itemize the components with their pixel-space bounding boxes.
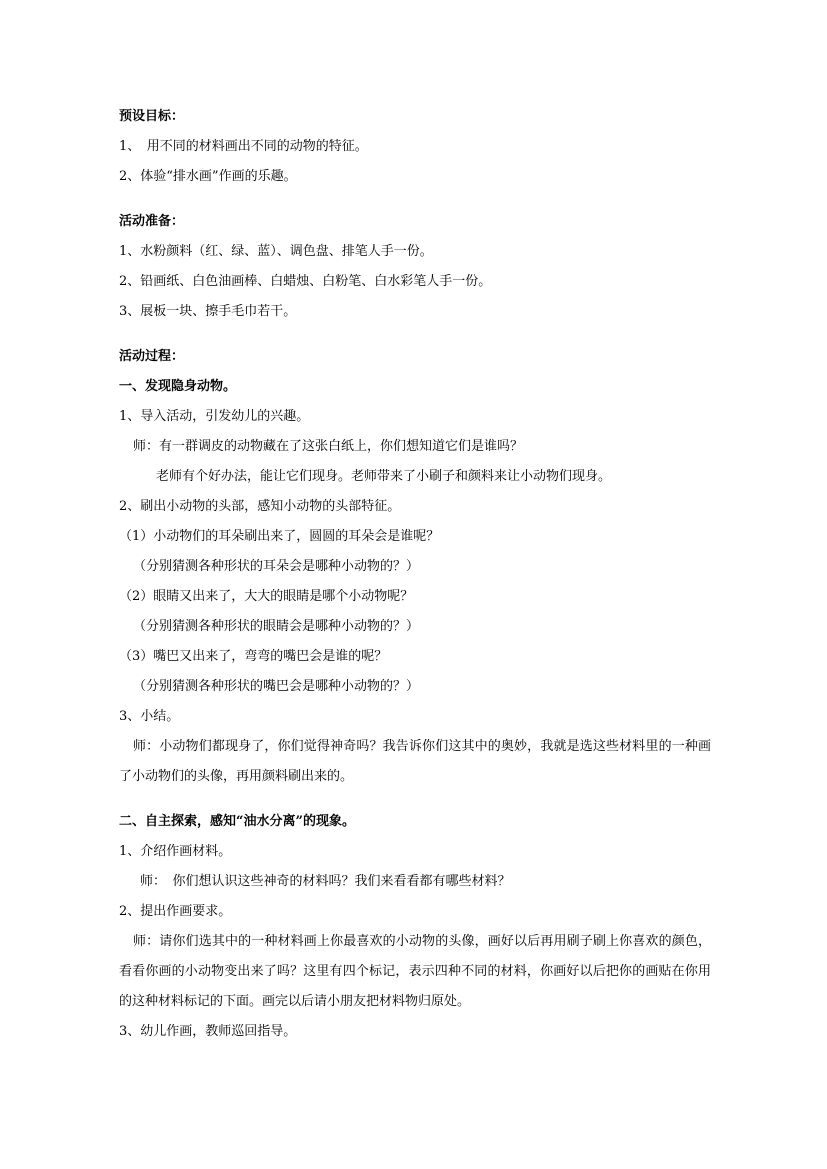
document-body: 预设目标：1、 用不同的材料画出不同的动物的特征。2、体验“排水画”作画的乐趣。…	[119, 102, 711, 1047]
body-paragraph: 2、铅画纸、白色油画棒、白蜡烛、白粉笔、白水彩笔人手一份。	[119, 267, 711, 297]
heading-paragraph: 活动过程：	[119, 342, 711, 372]
body-paragraph: 3、幼儿作画，教师巡回指导。	[119, 1017, 711, 1047]
body-paragraph: 1、导入活动，引发幼儿的兴趣。	[119, 402, 711, 432]
body-paragraph: （分别猜测各种形状的眼睛会是哪种小动物的？）	[119, 612, 711, 642]
body-paragraph: 老师有个好办法，能让它们现身。老师带来了小刷子和颜料来让小动物们现身。	[119, 462, 711, 492]
body-paragraph: 1、水粉颜料（红、绿、蓝）、调色盘、排笔人手一份。	[119, 237, 711, 267]
body-paragraph: （1）小动物们的耳朵刷出来了，圆圆的耳朵会是谁呢？	[119, 522, 711, 552]
body-paragraph: 1、 用不同的材料画出不同的动物的特征。	[119, 132, 711, 162]
body-paragraph: 师：有一群调皮的动物藏在了这张白纸上，你们想知道它们是谁吗？	[119, 432, 711, 462]
body-paragraph: 3、展板一块、擦手毛巾若干。	[119, 297, 711, 327]
document-page: 预设目标：1、 用不同的材料画出不同的动物的特征。2、体验“排水画”作画的乐趣。…	[0, 0, 827, 1169]
body-paragraph: 1、介绍作画材料。	[119, 837, 711, 867]
body-paragraph: 师：小动物们都现身了，你们觉得神奇吗？我告诉你们这其中的奥妙，我就是选这些材料里…	[119, 732, 711, 792]
body-paragraph: （2）眼睛又出来了，大大的眼睛是哪个小动物呢？	[119, 582, 711, 612]
heading-paragraph: 活动准备：	[119, 207, 711, 237]
body-paragraph: （分别猜测各种形状的嘴巴会是哪种小动物的？）	[119, 672, 711, 702]
body-paragraph: 2、刷出小动物的头部，感知小动物的头部特征。	[119, 492, 711, 522]
heading-paragraph: 预设目标：	[119, 102, 711, 132]
body-paragraph: 3、小结。	[119, 702, 711, 732]
heading-paragraph: 二、自主探索，感知“油水分离”的现象。	[119, 807, 711, 837]
body-paragraph: （分别猜测各种形状的耳朵会是哪种小动物的？）	[119, 552, 711, 582]
body-paragraph: （3）嘴巴又出来了，弯弯的嘴巴会是谁的呢？	[119, 642, 711, 672]
body-paragraph: 2、提出作画要求。	[119, 897, 711, 927]
body-paragraph: 师：请你们选其中的一种材料画上你最喜欢的小动物的头像，画好以后再用刷子刷上你喜欢…	[119, 927, 711, 1017]
heading-paragraph: 一、发现隐身动物。	[119, 372, 711, 402]
body-paragraph: 师： 你们想认识这些神奇的材料吗？我们来看看都有哪些材料？	[119, 867, 711, 897]
body-paragraph: 2、体验“排水画”作画的乐趣。	[119, 162, 711, 192]
